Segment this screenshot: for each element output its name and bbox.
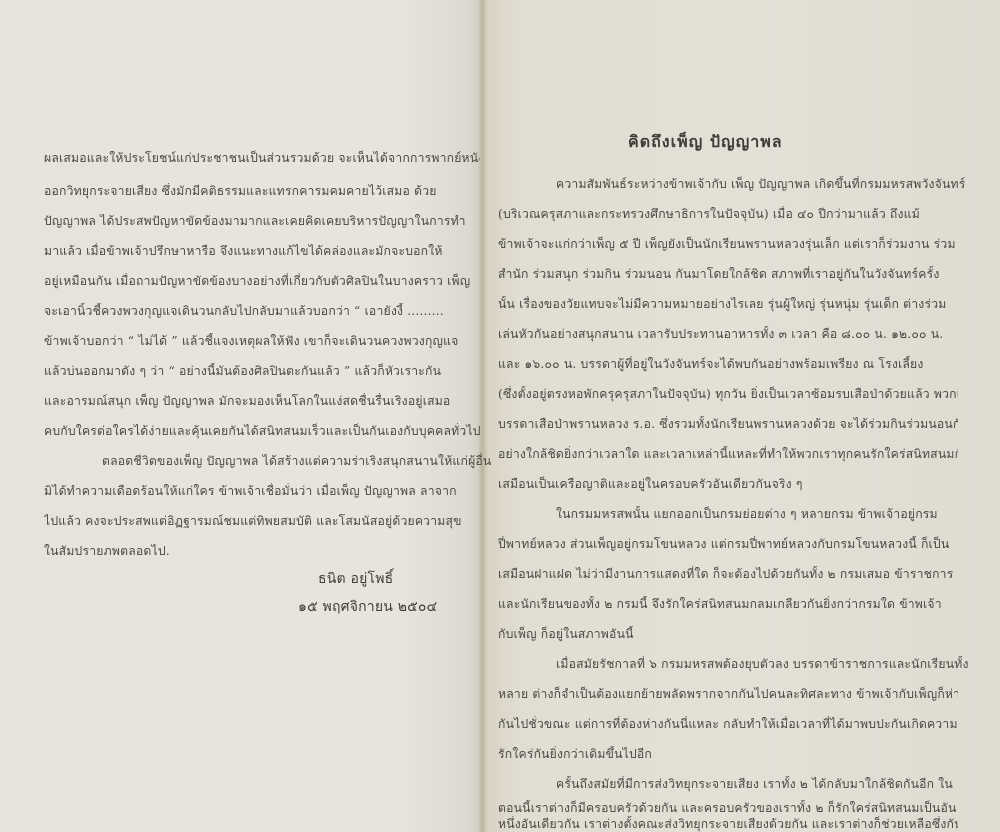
paragraph-start-line: เมื่อสมัยรัชกาลที่ ๖ กรมมหรสพต้องยุบตัวล… — [498, 656, 1000, 672]
right-page: คิดถึงเพ็ญ ปัญญาพล ความสัมพันธ์ระหว่างข้… — [488, 0, 1000, 832]
paragraph-start-line: ตลอดชีวิตของเพ็ญ ปัญญาพล ได้สร้างแต่ความ… — [44, 453, 538, 469]
text-line: บรรดาเสือป่าพรานหลวง ร.อ. ซึ่งรวมทั้งนัก… — [498, 416, 958, 432]
text-line: เสมือนเป็นเครือญาติและอยู่ในครอบครัวอันเ… — [498, 476, 958, 492]
text-line: รักใคร่กันยิ่งกว่าเดิมขึ้นไปอีก — [498, 746, 958, 762]
text-line: ตอนนี้เราต่างก็มีครอบครัวด้วยกัน และครอบ… — [498, 800, 958, 816]
paragraph-start-line: ความสัมพันธ์ระหว่างข้าพเจ้ากับ เพ็ญ ปัญญ… — [498, 176, 1000, 192]
text-line: ไปแล้ว คงจะประสพแต่อิฏฐารมณ์ชมแต่ทิพยสมบ… — [44, 513, 480, 529]
text-line: (ซึ่งตั้งอยู่ตรงหอพักครุครุสภาในปัจจุบัน… — [498, 386, 958, 402]
text-line: อย่างใกล้ชิดยิ่งกว่าเวลาใด และเวลาเหล่าน… — [498, 446, 958, 462]
text-line: ปัญญาพล ได้ประสพปัญหาขัดข้องมามากและเคยค… — [44, 213, 480, 229]
book-gutter — [478, 0, 488, 832]
text-line: กันไปชั่วขณะ แต่การที่ต้องห่างกันนี่แหละ… — [498, 716, 958, 732]
text-line: มิได้ทำความเดือดร้อนให้แก่ใคร ข้าพเจ้าเช… — [44, 483, 480, 499]
text-line: และ ๑๖.๐๐ น. บรรดาผู้ที่อยู่ในวังจันทร์จ… — [498, 356, 958, 372]
text-line: คบกับใครต่อใครได้ง่ายและคุ้นเคยกันได้สนิ… — [44, 423, 480, 439]
chapter-title: คิดถึงเพ็ญ ปัญญาพล — [628, 130, 783, 155]
text-line: นั้น เรื่องของวัยแทบจะไม่มีความหมายอย่าง… — [498, 296, 958, 312]
text-line: จะเอานิ้วชี้ควงพวงกุญแจเดินวนกลับไปกลับม… — [44, 303, 480, 319]
text-line: และอารมณ์สนุก เพ็ญ ปัญญาพล มักจะมองเห็นโ… — [44, 393, 480, 409]
open-book-spread: ผลเสมอและให้ประโยชน์แก่ประชาชนเป็นส่วนรว… — [0, 0, 1000, 832]
text-line: มาแล้ว เมื่อข้าพเจ้าปรึกษาหารือ จึงแนะทา… — [44, 243, 480, 259]
text-line: และนักเรียนของทั้ง ๒ กรมนี้ จึงรักใคร่สน… — [498, 596, 958, 612]
paragraph-start-line: ในกรมมหรสพนั้น แยกออกเป็นกรมย่อยต่าง ๆ ห… — [498, 506, 1000, 522]
paragraph-start-line: ครั้นถึงสมัยที่มีการส่งวิทยุกระจายเสียง … — [498, 776, 1000, 792]
text-line: ปี่พาทย์หลวง ส่วนเพ็ญอยู่กรมโขนหลวง แต่ก… — [498, 536, 958, 552]
text-line: ข้าพเจ้าบอกว่า “ ไม่ได้ ” แล้วชี้แจงเหตุ… — [44, 333, 480, 349]
signature-date: ๑๕ พฤศจิกายน ๒๕๐๔ — [298, 596, 437, 618]
text-line: ในสัมปรายภพตลอดไป. — [44, 543, 480, 559]
text-line: แล้วบ่นออกมาดัง ๆ ว่า “ อย่างนี้มันต้องศ… — [44, 363, 480, 379]
text-line: หนึ่งอันเดียวกัน เราต่างตั้งคณะส่งวิทยุก… — [498, 816, 958, 832]
left-page: ผลเสมอและให้ประโยชน์แก่ประชาชนเป็นส่วนรว… — [0, 0, 478, 832]
text-line: สำนัก ร่วมสนุก ร่วมกิน ร่วมนอน กันมาโดยใ… — [498, 266, 958, 282]
text-line: อยู่เหมือนกัน เมื่อถามปัญหาขัดข้องบางอย่… — [44, 273, 480, 289]
text-line: ผลเสมอและให้ประโยชน์แก่ประชาชนเป็นส่วนรว… — [44, 150, 480, 166]
text-line: (บริเวณครุสภาและกระทรวงศึกษาธิการในปัจจุ… — [498, 206, 958, 222]
author-signature: ธนิต อยู่โพธิ์ — [318, 568, 393, 590]
text-line: ข้าพเจ้าจะแก่กว่าเพ็ญ ๕ ปี เพ็ญยังเป็นนั… — [498, 236, 958, 252]
text-line: เล่นหัวกันอย่างสนุกสนาน เวลารับประทานอาห… — [498, 326, 958, 342]
text-line: กับเพ็ญ ก็อยู่ในสภาพอันนี้ — [498, 626, 958, 642]
text-line: หลาย ต่างก็จำเป็นต้องแยกย้ายพลัดพรากจากก… — [498, 686, 958, 702]
text-line: ออกวิทยุกระจายเสียง ซึ่งมักมีคติธรรมและแ… — [44, 183, 480, 199]
text-line: เสมือนฝาแฝด ไม่ว่ามีงานการแสดงที่ใด ก็จะ… — [498, 566, 958, 582]
